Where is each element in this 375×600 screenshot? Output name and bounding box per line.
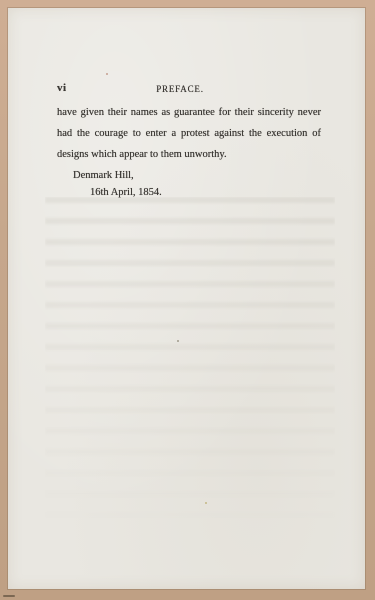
paper-speck [177,340,179,342]
paragraph-line: designs which appear to them unworthy. [57,144,321,165]
paper-speck [205,502,207,504]
page-header: vi PREFACE. [57,82,328,97]
running-head-title: PREFACE. [156,84,204,94]
page-number: vi [57,82,67,94]
frame-smudge-mark [3,595,15,597]
book-page: vi PREFACE. have given their names as gu… [8,8,365,589]
paper-speck [106,73,108,75]
reverse-page-bleedthrough [45,197,335,523]
preface-paragraph: have given their names as guarantee for … [57,102,321,165]
paragraph-line: had the courage to enter a protest again… [57,123,321,144]
signature-place: Denmark Hill, [73,169,134,183]
paragraph-line: have given their names as guarantee for … [57,102,321,123]
photo-background-mat: vi PREFACE. have given their names as gu… [0,0,375,600]
